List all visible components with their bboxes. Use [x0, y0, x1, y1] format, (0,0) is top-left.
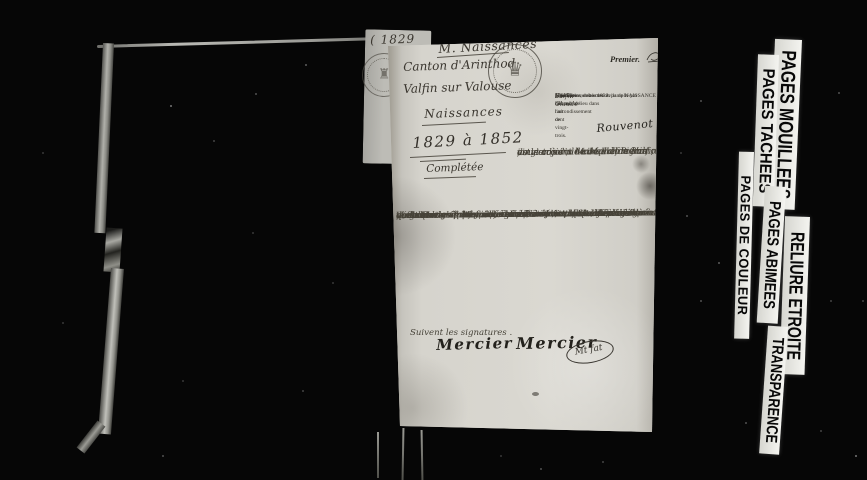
register-page: M. Naissances Canton d'Arinthod Valfin s…: [388, 36, 658, 434]
binding-thread: [377, 432, 379, 478]
tower-stamp-icon: ♜: [378, 67, 391, 81]
birth-act-opening: vingt trois , le cinquième jour janvier …: [517, 146, 658, 147]
bookmark-ribbon-twist: [103, 227, 122, 272]
bookmark-ribbon: [98, 268, 124, 435]
register-type-label: Naissances: [424, 104, 503, 121]
condition-label-pages-de-couleur: PAGES DE COULEUR: [734, 152, 754, 339]
paraph-flourish-icon: [646, 50, 662, 64]
paraph-scribble: Mt fat: [574, 343, 603, 358]
birth-act-body: quarante trois ans profession de cultiva…: [396, 208, 654, 211]
year-range: 1829 à 1852: [412, 128, 524, 152]
act-line: est comparu Maréchal Pierre , âgé de: [517, 145, 686, 160]
premier-label: Premier.: [610, 54, 640, 64]
binding-thread: [402, 428, 404, 480]
microfilm-scan: ♜ ( 1829 M. Naissances Canton d'Arinthod…: [0, 0, 867, 480]
underline-flourish: [422, 122, 486, 126]
completion-note: Complétée: [426, 161, 484, 175]
crowned-circular-stamp: ♛: [488, 44, 542, 98]
bookmark-ribbon: [94, 43, 114, 233]
ink-smudge: [532, 392, 539, 396]
witness-signature: Mercier: [436, 334, 513, 354]
corner-year-note: ( 1829: [370, 32, 415, 47]
bookmark-ribbon-end: [77, 421, 106, 454]
underline-flourish: [424, 176, 476, 179]
underline-flourish: [410, 152, 506, 158]
act-line: qu'il leur en a été fait lecture , ô déc…: [396, 208, 648, 221]
attestation-date-line: le 15 novembre 1822.: [555, 93, 610, 101]
binding-thread: [421, 430, 423, 480]
condition-label-transparence: TRANSPARENCE: [759, 326, 788, 455]
judge-signature: Rouvenot: [596, 117, 654, 135]
crown-stamp-icon: ♛: [506, 61, 523, 80]
dust-specks: [0, 0, 2, 2]
